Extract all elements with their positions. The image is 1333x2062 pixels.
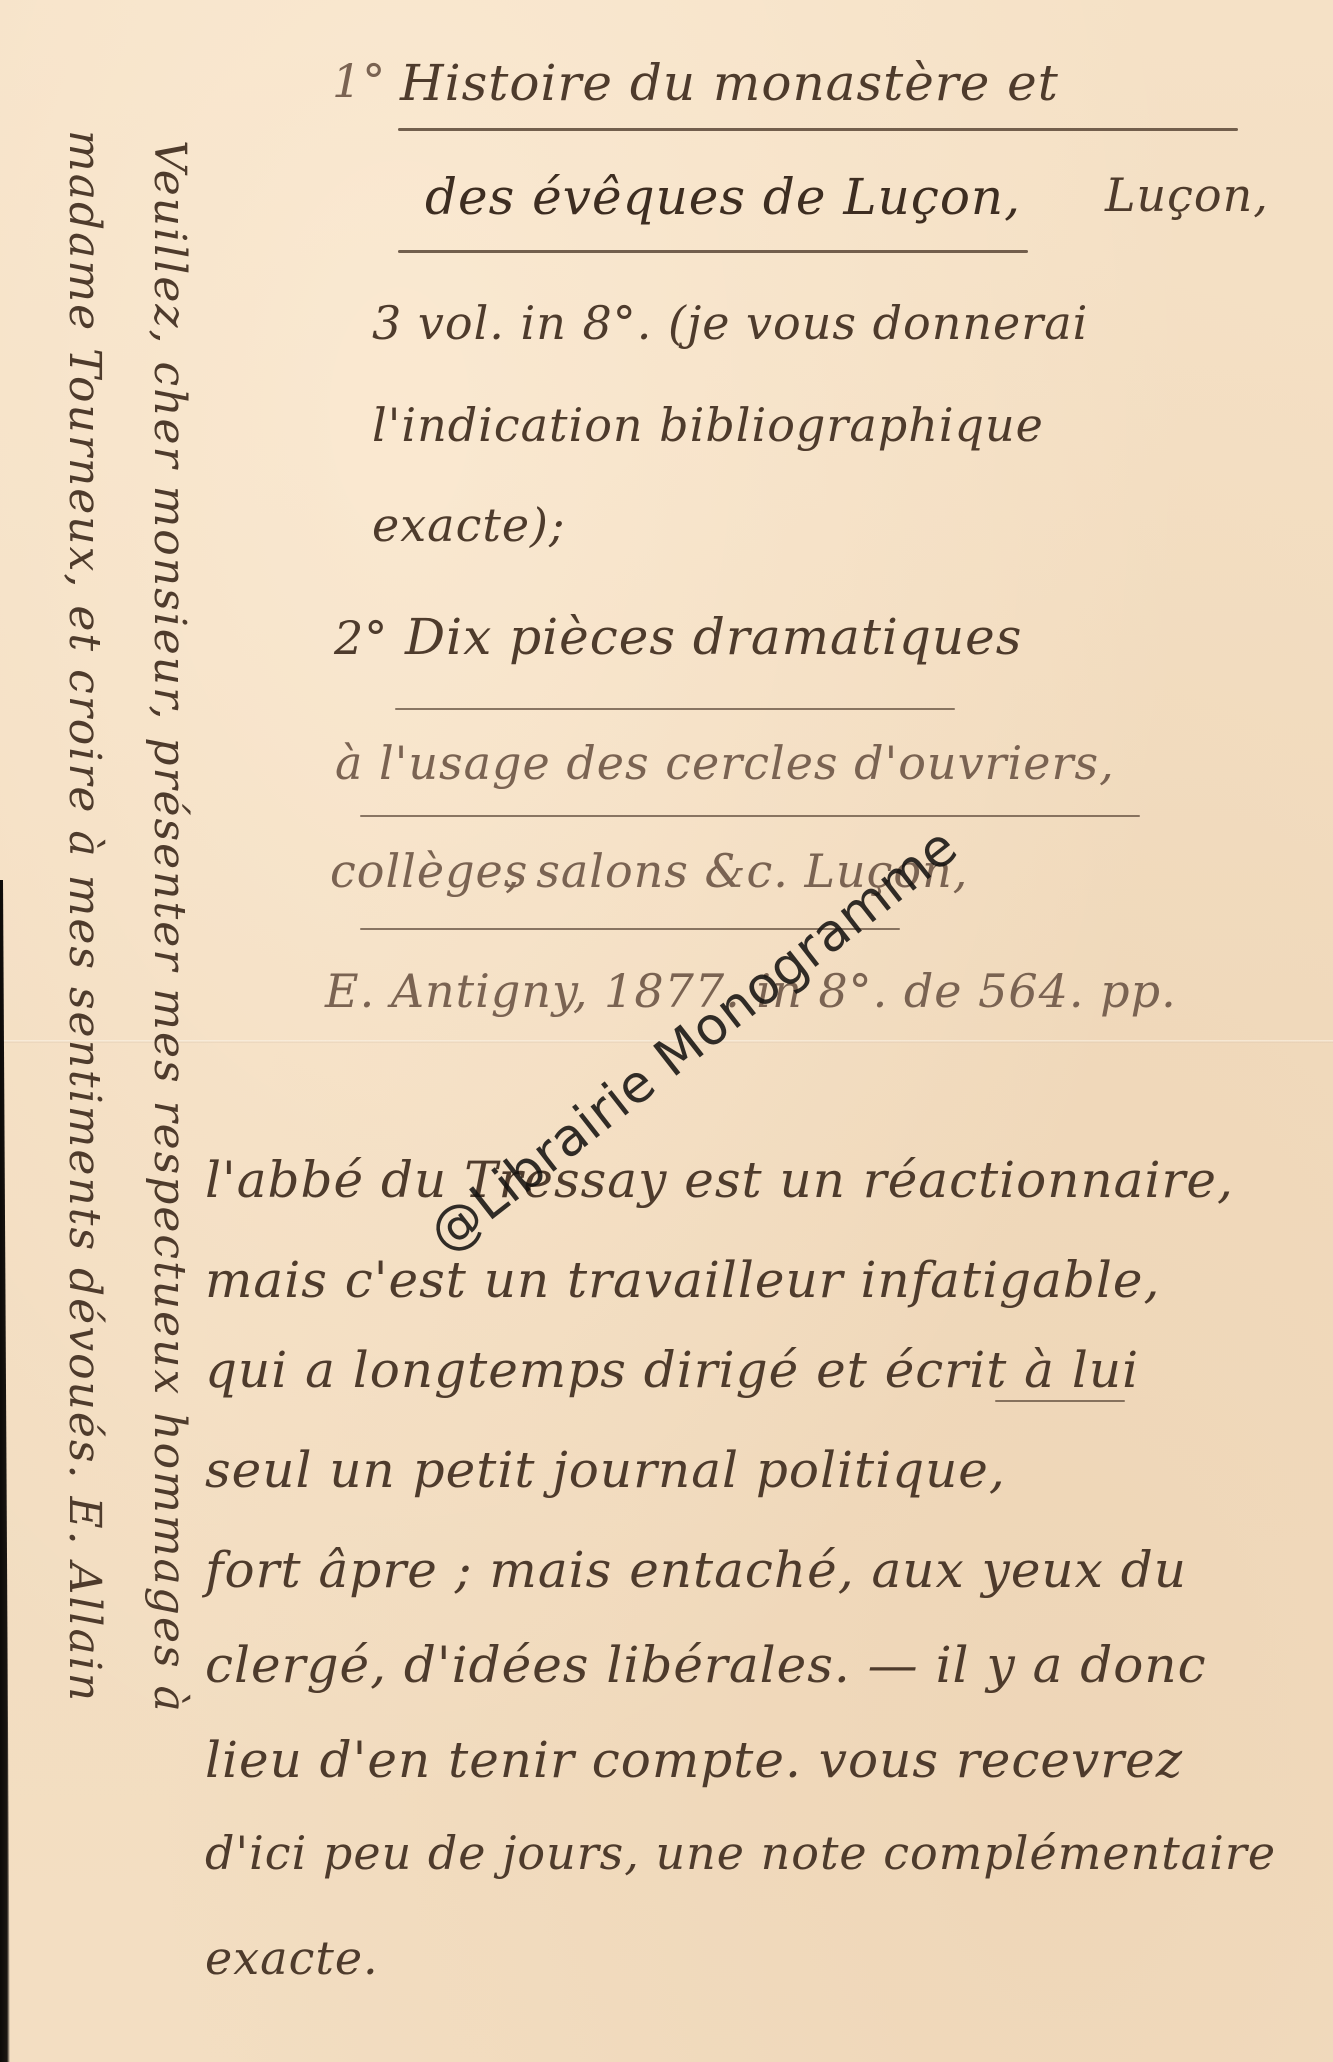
item1-title-underline-2 bbox=[398, 250, 1028, 253]
body-line-4: seul un petit journal politique, bbox=[205, 1445, 1006, 1495]
item1-title-line2: des évêques de Luçon, bbox=[425, 172, 1021, 222]
item1-title-underline-1 bbox=[398, 128, 1238, 131]
item2-title-underline bbox=[395, 708, 955, 710]
item2-title: Dix pièces dramatiques bbox=[405, 612, 1022, 662]
item1-place: Luçon, bbox=[1105, 172, 1269, 218]
item1-line3: 3 vol. in 8°. (je vous donnerai bbox=[372, 300, 1088, 346]
item2-number: 2° bbox=[334, 615, 388, 661]
body-ecrit-underline bbox=[995, 1400, 1125, 1402]
item2-line2-underline bbox=[360, 815, 1140, 817]
body-line-9: exacte. bbox=[205, 1935, 379, 1981]
body-line-5: fort âpre ; mais entaché, aux yeux du bbox=[205, 1545, 1187, 1595]
body-line-1: l'abbé du Tressay est un réactionnaire, bbox=[205, 1155, 1234, 1205]
item2-line3-title: collèges bbox=[330, 848, 528, 894]
margin-note-line-2: madame Tourneux, et croire à mes sentime… bbox=[59, 130, 110, 1703]
body-line-7: lieu d'en tenir compte. vous recevrez bbox=[205, 1735, 1183, 1785]
item1-line5: exacte); bbox=[372, 502, 566, 548]
item1-title-line1: Histoire du monastère et bbox=[400, 58, 1059, 108]
body-line-2: mais c'est un travailleur infatigable, bbox=[205, 1255, 1160, 1305]
body-line-3: qui a longtemps dirigé et écrit à lui bbox=[205, 1345, 1139, 1395]
item2-line2: à l'usage des cercles d'ouvriers, bbox=[335, 740, 1115, 786]
margin-note-line-1: Veuillez, cher monsieur, présenter mes r… bbox=[144, 140, 195, 1714]
body-line-6: clergé, d'idées libérales. — il y a donc bbox=[205, 1640, 1207, 1690]
body-line-8: d'ici peu de jours, une note complémenta… bbox=[205, 1830, 1276, 1876]
item1-line4: l'indication bibliographique bbox=[372, 402, 1044, 448]
item1-number: 1° bbox=[332, 58, 386, 104]
